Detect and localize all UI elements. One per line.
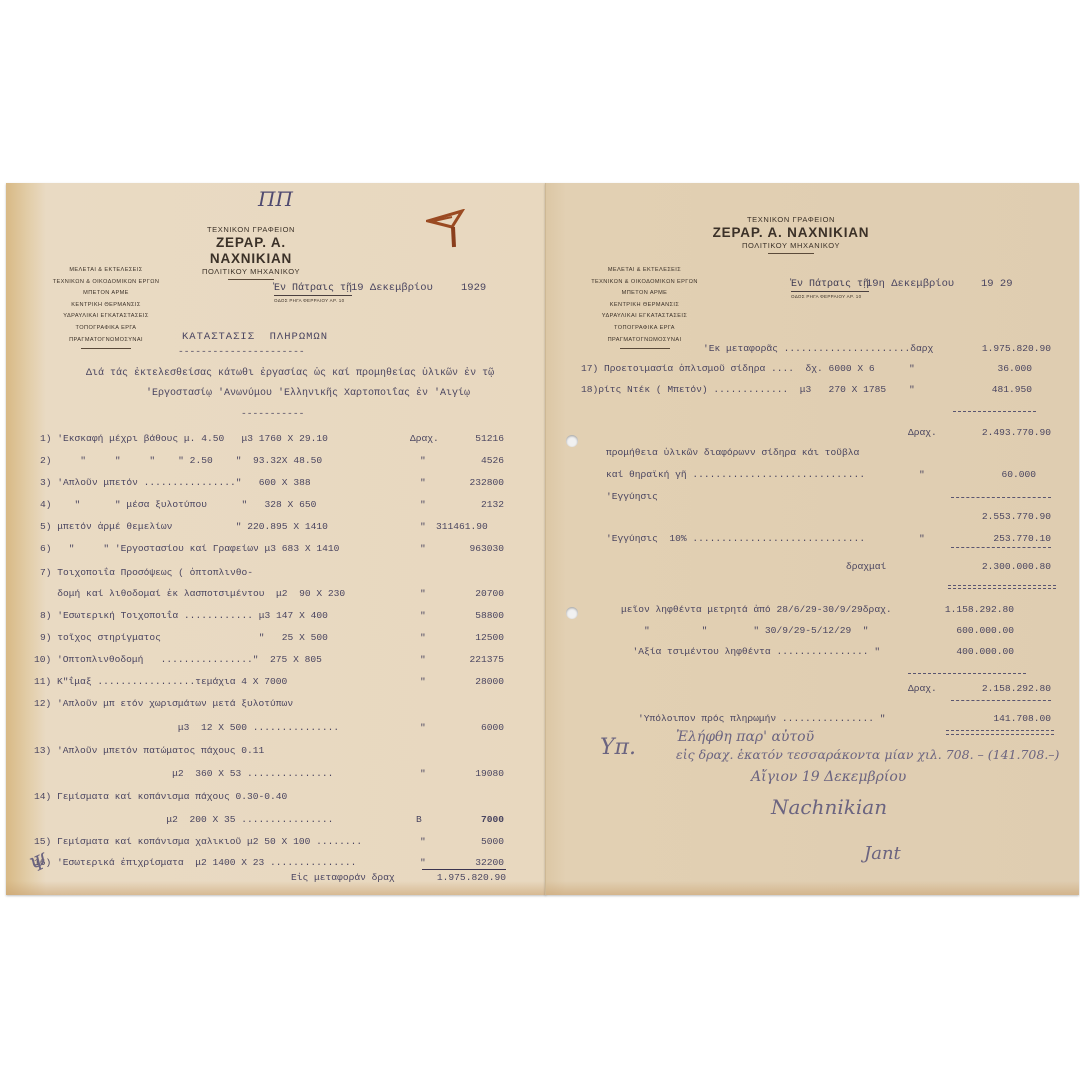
- line-item: μ2 200 Χ 35 ................: [34, 814, 333, 826]
- services-ornament: [81, 348, 131, 349]
- line-item: 16) 'Εσωτερικά ἐπιχρίσματα μ2 1400 Χ 23 …: [34, 857, 356, 869]
- double-rule: [946, 730, 1054, 731]
- carry-forward-amount: 1.975.820.90: [421, 872, 506, 884]
- supply-mark: ": [919, 469, 925, 481]
- date-year: 1929: [461, 282, 486, 294]
- service-item: ΤΟΠΟΓΡΑΦΙΚΑ ΕΡΓΑ: [582, 323, 707, 335]
- line-item: 9) τοῖχος στηρίγματος " 25 Χ 500: [40, 632, 328, 644]
- line-item: 5) μπετόν ἀρμέ θεμελίων " 220.895 Χ 1410: [40, 521, 328, 533]
- stamp-mark-icon: [426, 209, 466, 249]
- guarantee-10-mark: ": [919, 533, 925, 545]
- handwritten-line-1: Ἐλήφθη παρ' αὐτοῦ: [676, 729, 814, 745]
- line-item-mark: ": [420, 499, 426, 511]
- address: ΟΔΟΣ ΡΗΓΑ ΦΕΡΡΑΙΟΥ ΑΡ. 10: [791, 294, 861, 299]
- line-item: 10) 'Οπτοπλινθοδομή ................" 27…: [34, 654, 322, 666]
- double-rule: [948, 588, 1056, 589]
- handwritten-line-2: εἰς δραχ. ἑκατόν τεσσαράκοντα μίαν χιλ. …: [676, 747, 1059, 762]
- date-day-month: 19η Δεκεμβρίου: [866, 278, 954, 290]
- line-item-mark: ": [420, 610, 426, 622]
- punch-hole: [566, 435, 578, 447]
- letterhead-name: ΖΕΡΑΡ. Α. ΝΑΧΝΙΚΙΑΝ: [711, 225, 871, 241]
- letterhead-office: ΤΕΧΝΙΚΟΝ ΓΡΑΦΕΙΟΝ: [176, 225, 326, 235]
- line-item-mark: ": [909, 363, 915, 375]
- guarantee-label: 'Εγγύησις: [606, 491, 658, 503]
- carry-in-label: 'Εκ μεταφορᾶς ......................δαρχ: [703, 343, 933, 355]
- line-item-amount: 58800: [436, 610, 504, 622]
- line-item-mark: ": [420, 455, 426, 467]
- line-item-amount: 20700: [436, 588, 504, 600]
- service-item: ΜΠΕΤΟΝ ΑΡΜΕ: [582, 288, 707, 300]
- total-amount: 2.300.000.80: [946, 561, 1051, 573]
- line-item: 1) 'Εκσκαφή μέχρι βάθους μ. 4.50 μ3 1760…: [40, 433, 328, 445]
- line-item: 15) Γεμίσματα καί κοπάνισμα χαλικιοῦ μ2 …: [34, 836, 362, 848]
- subtotal-amount: 2.493.770.90: [946, 427, 1051, 439]
- deduction-line: " " " 30/9/29-5/12/29 ": [621, 625, 869, 637]
- line-item-mark: Β: [416, 814, 422, 826]
- deduction-line: μεῖον ληφθέντα μετρητά ἀπό 28/6/29-30/9/…: [621, 604, 892, 616]
- subtotal-rule: [953, 411, 1036, 412]
- address: ΟΔΟΣ ΡΗΓΑ ΦΕΡΡΑΙΟΥ ΑΡ. 10: [274, 298, 344, 303]
- line-item-amount: 963030: [436, 543, 504, 555]
- punch-hole: [566, 607, 578, 619]
- subtotal-rule: [951, 497, 1051, 498]
- intro-rule: -----------: [241, 408, 304, 420]
- letterhead: ΤΕΧΝΙΚΟΝ ΓΡΑΦΕΙΟΝ ΖΕΡΑΡ. Α. ΝΑΧΝΙΚΙΑΝ ΠΟ…: [176, 225, 326, 280]
- guarantee-10-label: 'Εγγύησις 10% ..........................…: [606, 533, 865, 545]
- deduction-line: 'Αξία τσιμέντου ληφθέντα ...............…: [621, 646, 880, 658]
- line-item: 3) 'Απλοῦν μπετόν ................" 600 …: [40, 477, 311, 489]
- line-item-amount: 36.000: [946, 363, 1032, 375]
- document-page-1: ΠΠ ΤΕΧΝΙΚΟΝ ΓΡΑΦΕΙΟΝ ΖΕΡΑΡ. Α. ΝΑΧΝΙΚΙΑΝ…: [6, 183, 546, 895]
- total-rule: [951, 547, 1051, 548]
- line-item: 4) " " μέσα ξυλοτύπου " 328 Χ 650: [40, 499, 316, 511]
- line-item-mark: ": [420, 521, 426, 533]
- line-item-amount: 2132: [436, 499, 504, 511]
- letterhead-title: ΠΟΛΙΤΙΚΟΥ ΜΗΧΑΝΙΚΟΥ: [176, 267, 326, 277]
- line-item-mark: ": [420, 543, 426, 555]
- line-item-mark: ": [420, 477, 426, 489]
- line-item: δομή καί λιθοδομαί ἐκ λασποτσιμέντου μ2 …: [40, 588, 345, 600]
- supply-line-1: προμήθεια ὑλικῶν διαφόρωνν σίδηρα κάι το…: [606, 447, 859, 459]
- date-year: 19 29: [981, 278, 1013, 290]
- letterhead-ornament: [228, 279, 274, 280]
- letterhead: ΤΕΧΝΙΚΟΝ ΓΡΑΦΕΙΟΝ ΖΕΡΑΡ. Α. ΝΑΧΝΙΚΙΑΝ ΠΟ…: [711, 215, 871, 254]
- service-item: ΚΕΝΤΡΙΚΗ ΘΕΡΜΑΝΣΙΣ: [582, 300, 707, 312]
- handwritten-initials: Ψ: [26, 848, 52, 877]
- letterhead-services: ΜΕΛΕΤΑΙ & ΕΚΤΕΛΕΣΕΙΣ ΤΕΧΝΙΚΩΝ & ΟΙΚΟΔΟΜΙ…: [582, 265, 707, 349]
- signature: Nachnikian: [771, 795, 887, 819]
- service-item: ΜΕΛΕΤΑΙ & ΕΚΤΕΛΕΣΕΙΣ: [46, 265, 166, 277]
- place-label: Ἐν Πάτραις τῇ: [274, 283, 352, 296]
- line-item-amount: 12500: [436, 632, 504, 644]
- line-item-mark: ": [420, 722, 426, 734]
- service-item: ΤΕΧΝΙΚΩΝ & ΟΙΚΟΔΟΜΙΚΩΝ ΕΡΓΩΝ: [582, 277, 707, 289]
- total-label: δραχμαί: [846, 561, 886, 573]
- line-item-amount: 7000: [436, 814, 504, 826]
- balance-rule: [951, 700, 1051, 701]
- handwritten-line-3: Αἴγιον 19 Δεκεμβρίου: [751, 769, 906, 785]
- line-item: 17) Προετοιμασία ὁπλισμοῦ σίδηρα .... δχ…: [581, 363, 875, 375]
- line-item-amount: 481.950: [946, 384, 1032, 396]
- intro-line-2: 'Εργοστασίῳ 'Ανωνύμου 'Ελληνικῆς Χαρτοπο…: [146, 388, 470, 400]
- line-item-mark: ": [420, 857, 426, 869]
- total-rule: [422, 869, 506, 870]
- handwritten-reference: ΠΠ: [258, 187, 293, 211]
- subtotal-2-amount: 2.553.770.90: [946, 511, 1051, 523]
- date-day-month: 19 Δεκεμβρίου: [351, 282, 433, 294]
- line-item: 14) Γεμίσματα καί κοπάνισμα πάχους 0.30-…: [34, 791, 287, 803]
- line-item-mark: ": [420, 654, 426, 666]
- double-rule: [946, 734, 1054, 735]
- paraph: Jant: [864, 843, 901, 864]
- letterhead-name: ΖΕΡΑΡ. Α. ΝΑΧΝΙΚΙΑΝ: [176, 235, 326, 267]
- line-item-amount: 6000: [436, 722, 504, 734]
- letterhead-office: ΤΕΧΝΙΚΟΝ ΓΡΑΦΕΙΟΝ: [711, 215, 871, 225]
- balance-label: 'Υπόλοιπον πρός πληρωμήν ...............…: [638, 713, 886, 725]
- line-item: 7) Τοιχοποιΐα Προσόψεως ( ὀπτοπλινθο-: [40, 567, 253, 579]
- deduction-amount: 400.000.00: [896, 646, 1014, 658]
- deductions-total-amount: 2.158.292.80: [946, 683, 1051, 695]
- line-item: 18)ρίτς Ντέκ ( Μπετόν) ............. μ3 …: [581, 384, 886, 396]
- service-item: ΤΟΠΟΓΡΑΦΙΚΑ ΕΡΓΑ: [46, 323, 166, 335]
- line-item-mark: Δραχ.: [410, 433, 439, 445]
- letterhead-ornament: [768, 253, 814, 254]
- line-item-mark: ": [420, 768, 426, 780]
- line-item-amount: 232800: [436, 477, 504, 489]
- service-item: ΤΕΧΝΙΚΩΝ & ΟΙΚΟΔΟΜΙΚΩΝ ΕΡΓΩΝ: [46, 277, 166, 289]
- line-item-amount: 32200: [436, 857, 504, 869]
- line-item: 13) 'Απλοῦν μπετόν πατώματος πάχους 0.11: [34, 745, 264, 757]
- line-item: 8) 'Εσωτερική Τοιχοποιΐα ............ μ3…: [40, 610, 328, 622]
- deductions-rule: [908, 673, 1026, 674]
- deduction-amount: 1.158.292.80: [896, 604, 1014, 616]
- service-item: ΜΠΕΤΟΝ ΑΡΜΕ: [46, 288, 166, 300]
- guarantee-10-amount: 253.770.10: [946, 533, 1051, 545]
- line-item-mark: ": [420, 588, 426, 600]
- deduction-amount: 600.000.00: [896, 625, 1014, 637]
- heading-rule: ----------------------: [178, 346, 305, 358]
- page-heading: ΚΑΤΑΣΤΑΣΙΣ ΠΛΗΡΩΜΩΝ: [182, 331, 328, 343]
- paper-stain: [546, 881, 1079, 895]
- line-item-mark: ": [420, 632, 426, 644]
- carry-in-amount: 1.975.820.90: [956, 343, 1051, 355]
- handwritten-initials: Υπ.: [600, 735, 636, 760]
- service-item: ΥΔΡΑΥΛΙΚΑΙ ΕΓΚΑΤΑΣΤΑΣΕΙΣ: [582, 311, 707, 323]
- line-item-amount: 4526: [436, 455, 504, 467]
- line-item: 2) " " " " 2.50 " 93.32Χ 48.50: [40, 455, 322, 467]
- service-item: ΚΕΝΤΡΙΚΗ ΘΕΡΜΑΝΣΙΣ: [46, 300, 166, 312]
- line-item: 6) " " 'Εργοστασίου καί Γραφείων μ3 683 …: [40, 543, 339, 555]
- line-item-amount: 19080: [436, 768, 504, 780]
- line-item: 12) 'Απλοῦν μπ ετόν χωρισμάτων μετά ξυλο…: [34, 698, 293, 710]
- line-item: 11) Κ"ΐμαξ .................τεμάχια 4 Χ …: [34, 676, 287, 688]
- double-rule: [948, 585, 1056, 586]
- line-item-mark: ": [420, 676, 426, 688]
- line-item-amount: 28000: [436, 676, 504, 688]
- line-item-amount: 221375: [436, 654, 504, 666]
- services-ornament: [620, 348, 670, 349]
- intro-line-1: Διά τάς ἐκτελεσθείσας κάτωθι ἐργασίας ὡς…: [86, 368, 494, 380]
- deductions-total-label: Δραχ.: [908, 683, 937, 695]
- place-label: Ἐν Πάτραις τῇ: [791, 279, 869, 292]
- subtotal-label: Δραχ.: [908, 427, 937, 439]
- line-item-mark: ": [420, 836, 426, 848]
- balance-amount: 141.708.00: [946, 713, 1051, 725]
- letterhead-title: ΠΟΛΙΤΙΚΟΥ ΜΗΧΑΝΙΚΟΥ: [711, 241, 871, 251]
- line-item-mark: ": [909, 384, 915, 396]
- line-item-amount: 51216: [436, 433, 504, 445]
- line-item-amount: 5000: [436, 836, 504, 848]
- supply-line-2: καί θηραϊκή γῆ .........................…: [606, 469, 865, 481]
- document-page-2: ΤΕΧΝΙΚΟΝ ΓΡΑΦΕΙΟΝ ΖΕΡΑΡ. Α. ΝΑΧΝΙΚΙΑΝ ΠΟ…: [545, 183, 1079, 895]
- line-item: μ3 12 Χ 500 ...............: [34, 722, 339, 734]
- service-item: ΜΕΛΕΤΑΙ & ΕΚΤΕΛΕΣΕΙΣ: [582, 265, 707, 277]
- service-item: ΠΡΑΓΜΑΤΟΓΝΩΜΟΣΥΝΑΙ: [582, 335, 707, 347]
- letterhead-services: ΜΕΛΕΤΑΙ & ΕΚΤΕΛΕΣΕΙΣ ΤΕΧΝΙΚΩΝ & ΟΙΚΟΔΟΜΙ…: [46, 265, 166, 349]
- service-item: ΠΡΑΓΜΑΤΟΓΝΩΜΟΣΥΝΑΙ: [46, 335, 166, 347]
- line-item: μ2 360 Χ 53 ...............: [34, 768, 333, 780]
- carry-forward-label: Εἰς μεταφοράν δραχ: [291, 872, 395, 884]
- supply-amount: 60.000: [946, 469, 1036, 481]
- service-item: ΥΔΡΑΥΛΙΚΑΙ ΕΓΚΑΤΑΣΤΑΣΕΙΣ: [46, 311, 166, 323]
- line-item-amount: 311461.90: [436, 521, 526, 533]
